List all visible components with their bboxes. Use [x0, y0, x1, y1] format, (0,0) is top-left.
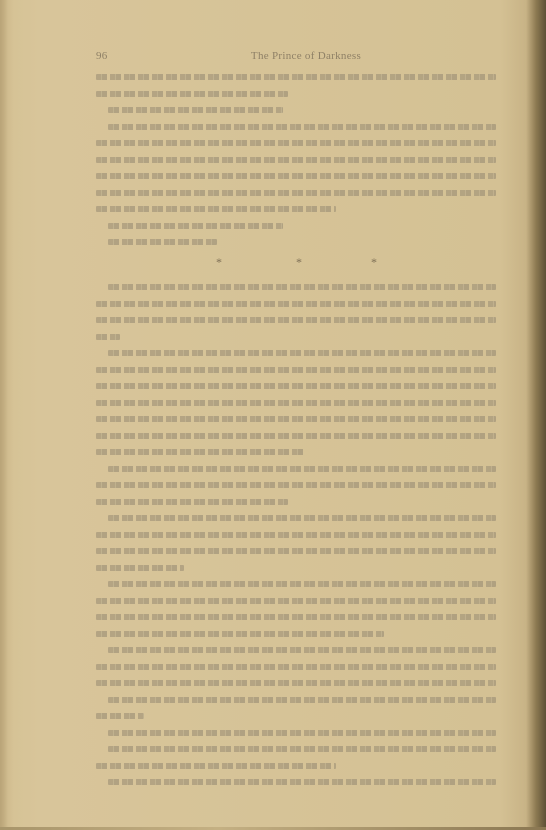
illegible-text-line — [96, 763, 336, 769]
illegible-text-line — [96, 383, 496, 389]
text-line — [96, 627, 496, 640]
asterisk: * — [296, 255, 302, 270]
illegible-text-line — [108, 284, 496, 290]
text-line — [96, 219, 496, 232]
text-line — [96, 153, 496, 166]
illegible-text-line — [96, 91, 288, 97]
text-line — [96, 379, 496, 392]
running-head: The Prince of Darkness — [96, 50, 516, 62]
text-line — [96, 70, 496, 83]
illegible-text-line — [96, 482, 496, 488]
illegible-text-line — [108, 239, 217, 245]
illegible-text-line — [96, 157, 496, 163]
illegible-text-line — [96, 449, 304, 455]
text-line — [96, 544, 496, 557]
illegible-text-line — [108, 350, 496, 356]
text-line — [96, 495, 496, 508]
illegible-text-line — [108, 124, 496, 130]
illegible-text-line — [96, 680, 496, 686]
illegible-text-line — [96, 433, 496, 439]
text-line — [96, 643, 496, 656]
text-line — [96, 186, 496, 199]
illegible-text-line — [108, 779, 496, 785]
text-line — [96, 462, 496, 475]
text-line — [96, 297, 496, 310]
text-line — [96, 528, 496, 541]
illegible-text-line — [96, 367, 496, 373]
text-line — [96, 280, 496, 293]
illegible-text-line — [96, 190, 496, 196]
illegible-text-line — [96, 140, 496, 146]
illegible-text-line — [108, 107, 283, 113]
text-line — [96, 87, 496, 100]
text-line — [96, 412, 496, 425]
text-line — [96, 202, 496, 215]
text-line — [96, 313, 496, 326]
text-line — [96, 726, 496, 739]
illegible-text-line — [96, 532, 496, 538]
text-line — [96, 577, 496, 590]
illegible-text-line — [96, 713, 144, 719]
body-text: *** — [96, 70, 496, 792]
illegible-text-line — [108, 746, 496, 752]
illegible-text-line — [108, 466, 496, 472]
gutter-shadow — [0, 0, 8, 830]
illegible-text-line — [96, 74, 496, 80]
text-line — [96, 429, 496, 442]
illegible-text-line — [96, 565, 184, 571]
text-line — [96, 594, 496, 607]
illegible-text-line — [108, 581, 496, 587]
text-line — [96, 445, 496, 458]
text-line — [96, 103, 496, 116]
illegible-text-line — [108, 730, 496, 736]
text-line — [96, 775, 496, 788]
illegible-text-line — [96, 400, 496, 406]
book-page: 96 The Prince of Darkness *** — [0, 0, 546, 830]
illegible-text-line — [108, 697, 496, 703]
illegible-text-line — [96, 631, 384, 637]
illegible-text-line — [96, 598, 496, 604]
illegible-text-line — [96, 206, 336, 212]
illegible-text-line — [108, 515, 496, 521]
text-line — [96, 330, 496, 343]
illegible-text-line — [108, 223, 283, 229]
text-line — [96, 396, 496, 409]
text-line — [96, 759, 496, 772]
text-line — [96, 169, 496, 182]
text-line — [96, 478, 496, 491]
text-line — [96, 346, 496, 359]
illegible-text-line — [108, 647, 496, 653]
section-break: *** — [96, 252, 496, 272]
text-line — [96, 709, 496, 722]
text-line — [96, 610, 496, 623]
text-line — [96, 660, 496, 673]
text-line — [96, 363, 496, 376]
illegible-text-line — [96, 334, 120, 340]
text-line — [96, 120, 496, 133]
text-line — [96, 676, 496, 689]
text-line — [96, 235, 496, 248]
page-header: 96 The Prince of Darkness — [96, 50, 516, 64]
text-line — [96, 693, 496, 706]
illegible-text-line — [96, 548, 496, 554]
asterisk: * — [216, 255, 222, 270]
illegible-text-line — [96, 301, 496, 307]
illegible-text-line — [96, 317, 496, 323]
illegible-text-line — [96, 664, 496, 670]
illegible-text-line — [96, 499, 288, 505]
text-line — [96, 511, 496, 524]
illegible-text-line — [96, 173, 496, 179]
asterisk: * — [371, 255, 377, 270]
text-line — [96, 561, 496, 574]
illegible-text-line — [96, 416, 496, 422]
text-line — [96, 742, 496, 755]
text-line — [96, 136, 496, 149]
illegible-text-line — [96, 614, 496, 620]
